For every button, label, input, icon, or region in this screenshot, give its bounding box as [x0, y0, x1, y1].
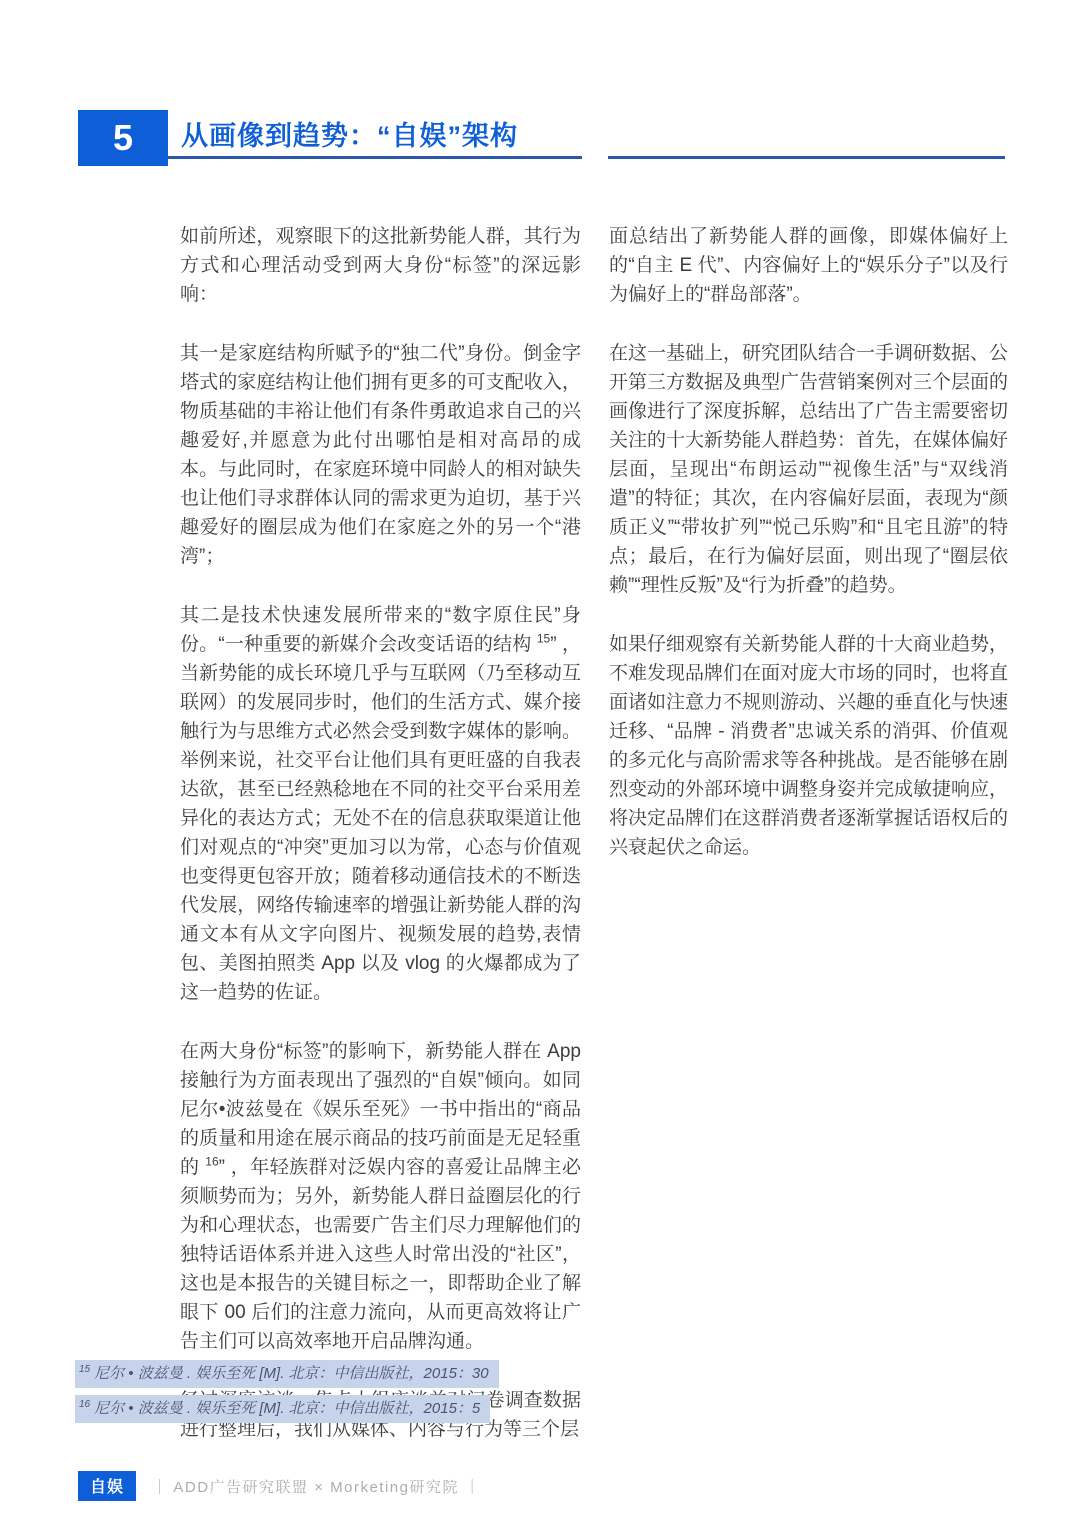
- paragraph-self-entertain: 在两大身份“标签”的影响下，新势能人群在 App 接触行为方面表现出了强烈的“自…: [180, 1037, 581, 1356]
- chapter-number-badge: 5: [78, 110, 168, 166]
- footer-credits: ｜ ADD广告研究联盟 × Morketing研究院 ｜: [152, 1476, 481, 1497]
- paragraph-identity-2-text: 其二是技术快速发展所带来的“数字原住民”身份。“一种重要的新媒介会改变话语的结构: [180, 605, 581, 655]
- report-logo-badge: 自娱: [78, 1471, 136, 1501]
- footnote-15-text: 尼尔 • 波兹曼 . 娱乐至死 [M]. 北京：中信出版社，2015：30: [94, 1365, 488, 1382]
- footnote-16-text: 尼尔 • 波兹曼 . 娱乐至死 [M]. 北京：中信出版社，2015：5: [94, 1400, 480, 1417]
- footnote-ref-15: 15: [537, 632, 550, 646]
- footnote-ref-16: 16: [205, 1155, 218, 1169]
- title-underline-right: [608, 156, 1005, 159]
- right-column: 面总结出了新势能人群的画像，即媒体偏好上的“自主 E 代”、内容偏好上的“娱乐分…: [609, 222, 1008, 862]
- page-title: 从画像到趋势：“自娱”架构: [181, 116, 518, 156]
- footnote-16: 16尼尔 • 波兹曼 . 娱乐至死 [M]. 北京：中信出版社，2015：5: [75, 1395, 490, 1423]
- paragraph-identity-2: 其二是技术快速发展所带来的“数字原住民”身份。“一种重要的新媒介会改变话语的结构…: [180, 601, 581, 1007]
- paragraph-challenges: 如果仔细观察有关新势能人群的十大商业趋势，不难发现品牌们在面对庞大市场的同时，也…: [609, 630, 1008, 862]
- footnotes-block: 15尼尔 • 波兹曼 . 娱乐至死 [M]. 北京：中信出版社，2015：30 …: [75, 1360, 499, 1430]
- footnote-15: 15尼尔 • 波兹曼 . 娱乐至死 [M]. 北京：中信出版社，2015：30: [75, 1360, 499, 1388]
- page-footer: 自娱 ｜ ADD广告研究联盟 × Morketing研究院 ｜: [78, 1471, 481, 1501]
- paragraph-identity-1: 其一是家庭结构所赋予的“独二代”身份。倒金字塔式的家庭结构让他们拥有更多的可支配…: [180, 339, 581, 571]
- paragraph-intro: 如前所述，观察眼下的这批新势能人群，其行为方式和心理活动受到两大身份“标签”的深…: [180, 222, 581, 309]
- title-underline-left: [168, 156, 582, 159]
- paragraph-self-entertain-rest: ” ，年轻族群对泛娱内容的喜爱让品牌主必须顺势而为；另外，新势能人群日益圈层化的…: [180, 1157, 581, 1352]
- chapter-number: 5: [113, 117, 133, 159]
- paragraph-identity-2-rest: ” ，当新势能的成长环境几乎与互联网（乃至移动互联网）的发展同步时，他们的生活方…: [180, 634, 581, 1003]
- footnote-15-marker: 15: [79, 1364, 90, 1375]
- left-column: 如前所述，观察眼下的这批新势能人群，其行为方式和心理活动受到两大身份“标签”的深…: [180, 222, 581, 1444]
- paragraph-portrait: 面总结出了新势能人群的画像，即媒体偏好上的“自主 E 代”、内容偏好上的“娱乐分…: [609, 222, 1008, 309]
- report-page: 5 从画像到趋势：“自娱”架构 如前所述，观察眼下的这批新势能人群，其行为方式和…: [0, 0, 1080, 1538]
- paragraph-ten-trends: 在这一基础上，研究团队结合一手调研数据、公开第三方数据及典型广告营销案例对三个层…: [609, 339, 1008, 600]
- footnote-16-marker: 16: [79, 1399, 90, 1410]
